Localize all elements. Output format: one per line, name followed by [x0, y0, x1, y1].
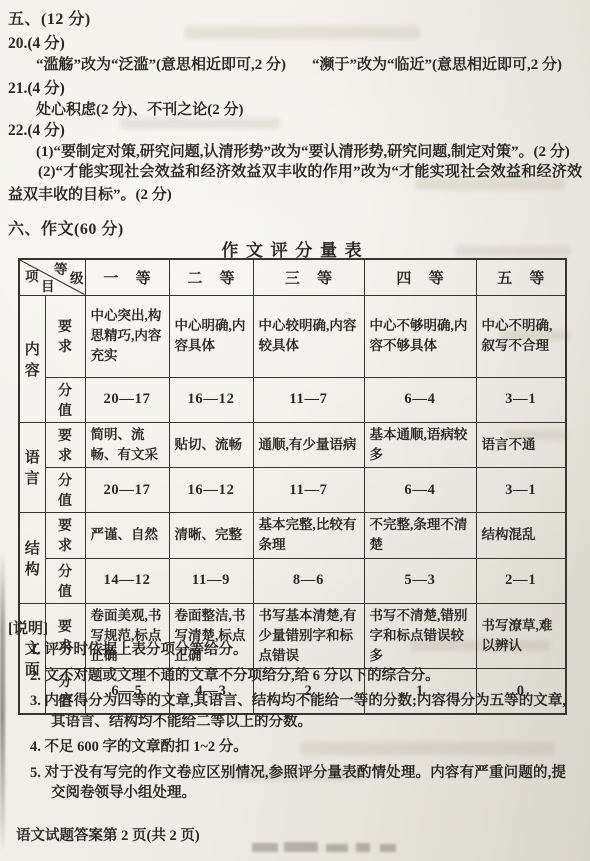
requirement-cell: 基本通顺,语病较多 [364, 422, 476, 468]
requirement-cell: 中心不够明确,内容不够具体 [364, 295, 476, 377]
score-cell: 8—6 [253, 558, 364, 603]
corner-item-char: 目 [41, 280, 55, 294]
corner-grade-char: 等 [54, 263, 68, 277]
requirement-cell: 中心明确,内容具体 [169, 295, 253, 377]
category-cell-structure: 结 构 [19, 513, 45, 604]
table-row-language-requirements: 语 言 要 求 简明、流畅、有文采 贴切、流畅 通顺,有少量语病 基本通顺,语病… [19, 422, 566, 468]
question-22-item-1: (1)“要制定对策,研究问题,认清形势”改为“要认清形势,研究问题,制定对策”。… [36, 140, 570, 161]
note-item-4: 4. 不足 600 字的文章酌扣 1~2 分。 [30, 737, 566, 758]
question-20-answer-left: “滥觞”改为“泛滥”(意思相近即可,2 分) [36, 53, 286, 74]
page-spine-shadow [0, 552, 5, 852]
requirement-cell: 贴切、流畅 [169, 422, 253, 468]
grade-header-5: 五 等 [476, 259, 566, 295]
row-label-requirement: 要 求 [45, 422, 85, 468]
category-char: 结 [25, 537, 40, 558]
score-cell: 20—17 [85, 377, 169, 422]
score-cell: 6—4 [364, 468, 476, 513]
score-cell: 6—4 [364, 377, 476, 422]
score-cell: 3—1 [476, 377, 566, 422]
requirement-cell: 通顺,有少量语病 [253, 422, 364, 468]
corner-item-char: 项 [25, 270, 39, 284]
requirement-cell: 中心不明确,叙写不合理 [476, 295, 566, 377]
score-cell: 20—17 [85, 468, 169, 513]
requirement-cell: 语言不通 [476, 422, 566, 468]
note-item-1: 1. 评分时依据上表分项分等给分。 [30, 640, 566, 661]
score-cell: 14—12 [85, 558, 169, 603]
requirement-cell: 清晰、完整 [169, 513, 253, 559]
print-smudge [356, 843, 370, 852]
page-footer-label: 语文试题答案第 2 页(共 2 页) [16, 824, 200, 845]
score-cell: 11—7 [253, 377, 364, 422]
row-label-score: 分 值 [45, 468, 85, 513]
grade-header-3: 三 等 [253, 259, 364, 295]
requirement-cell: 结构混乱 [476, 513, 566, 559]
print-smudge [326, 844, 348, 852]
category-char: 言 [25, 467, 40, 488]
category-cell-language: 语 言 [19, 422, 45, 513]
notes-heading: [说明] [8, 617, 48, 638]
category-cell-content: 内 容 [19, 295, 45, 422]
section-5-heading: 五、(12 分) [8, 6, 91, 29]
note-item-5: 5. 对于没有写完的作文卷应区别情况,参照评分量表酌情处理。内容有严重问题的,提… [30, 763, 566, 804]
question-21-label: 21.(4 分) [8, 76, 65, 98]
print-smudge [284, 842, 318, 852]
table-row-content-scores: 分 值 20—17 16—12 11—7 6—4 3—1 [19, 377, 566, 422]
category-char: 语 [25, 446, 40, 467]
question-22-label: 22.(4 分) [8, 118, 65, 140]
table-corner-cell: 项 目 等 级 [19, 259, 85, 295]
table-row-structure-requirements: 结 构 要 求 严谨、自然 清晰、完整 基本完整,比较有条理 不完整,条理不清楚… [19, 513, 566, 559]
score-cell: 11—9 [169, 558, 253, 603]
question-21-answer: 处心积虑(2 分)、不刊之论(2 分) [36, 98, 243, 119]
question-20-answer-right: “濒于”改为“临近”(意思相近即可,2 分) [312, 53, 562, 74]
corner-grade-char: 级 [70, 272, 84, 286]
row-label-requirement: 要 求 [45, 295, 85, 377]
requirement-cell: 中心较明确,内容较具体 [253, 295, 364, 377]
requirement-cell: 严谨、自然 [85, 513, 169, 559]
requirement-cell: 简明、流畅、有文采 [85, 422, 169, 468]
notes-list: 1. 评分时依据上表分项分等给分。 2. 文不对题或文理不通的文章不分项给分,给… [30, 640, 566, 809]
requirement-cell: 不完整,条理不清楚 [364, 513, 476, 559]
requirement-cell: 基本完整,比较有条理 [253, 513, 364, 559]
table-row-content-requirements: 内 容 要 求 中心突出,构思精巧,内容充实 中心明确,内容具体 中心较明确,内… [19, 295, 566, 377]
print-smudge [380, 844, 396, 852]
score-cell: 3—1 [476, 468, 566, 513]
table-row-structure-scores: 分 值 14—12 11—9 8—6 5—3 2—1 [19, 558, 566, 603]
bleed-through-artifact [120, 118, 280, 129]
category-char: 容 [25, 359, 40, 380]
category-char: 内 [25, 338, 40, 359]
row-label-score: 分 值 [45, 558, 85, 603]
score-cell: 2—1 [476, 558, 566, 603]
table-row-language-scores: 分 值 20—17 16—12 11—7 6—4 3—1 [19, 468, 566, 513]
score-cell: 11—7 [253, 468, 364, 513]
requirement-cell: 中心突出,构思精巧,内容充实 [85, 295, 169, 377]
print-smudge [252, 843, 278, 852]
row-label-requirement: 要 求 [45, 513, 85, 559]
score-cell: 16—12 [169, 468, 253, 513]
grade-header-4: 四 等 [364, 259, 476, 295]
grade-header-2: 二 等 [169, 259, 253, 295]
score-cell: 5—3 [364, 558, 476, 603]
note-item-3: 3. 内容得分为四等的文章,其语言、结构均不能给一等的分数;内容得分为五等的文章… [30, 691, 566, 732]
score-cell: 16—12 [169, 377, 253, 422]
question-20-label: 20.(4 分) [8, 31, 65, 53]
bleed-through-artifact [185, 26, 420, 39]
scanned-answer-sheet-page: 五、(12 分) 20.(4 分) “滥觞”改为“泛滥”(意思相近即可,2 分)… [0, 0, 590, 861]
grade-header-1: 一 等 [85, 259, 169, 295]
note-item-2: 2. 文不对题或文理不通的文章不分项给分,给 6 分以下的综合分。 [30, 666, 566, 687]
row-label-score: 分 值 [45, 377, 85, 422]
category-char: 构 [25, 558, 40, 579]
question-22-item-2: (2)“才能实现社会效益和经济效益双丰收的作用”改为“才能实现社会效益和经济效益… [8, 161, 582, 206]
table-header-row: 项 目 等 级 一 等 二 等 三 等 四 等 五 等 [19, 259, 566, 295]
